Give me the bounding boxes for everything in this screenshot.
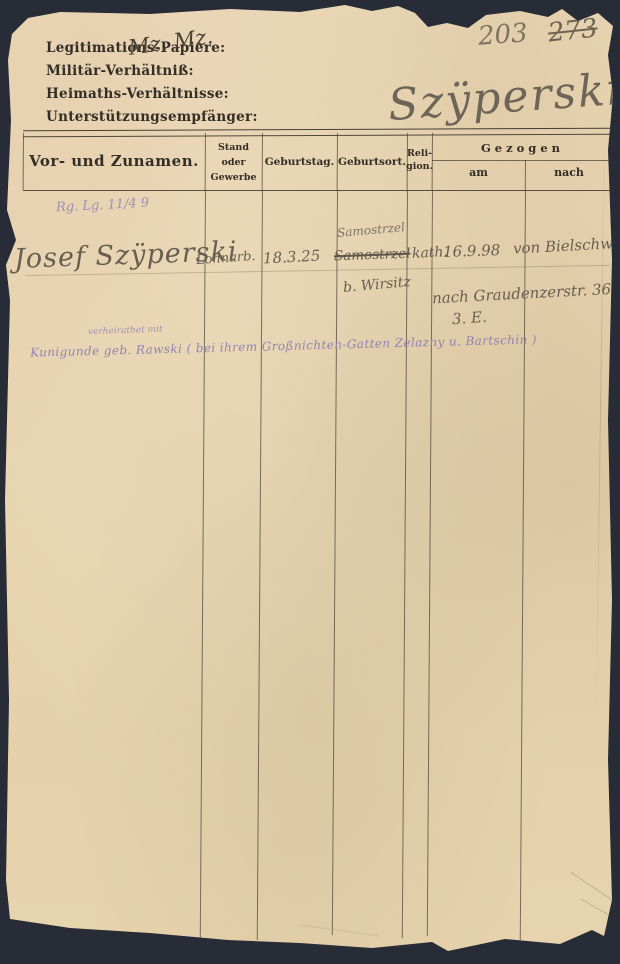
- entry-moved-date: 16.9.98: [443, 241, 501, 261]
- stand-line-1: Stand: [205, 140, 262, 155]
- column-header-name: Vor- und Zunamen.: [23, 152, 205, 170]
- field-label-heimaths-verhaeltnisse: Heimaths-Verhältnisse:: [46, 86, 229, 102]
- paper-fold-bottom-right-1: [571, 872, 620, 905]
- entry-moved-from: von Bielschw: [513, 234, 614, 257]
- stand-line-2: oder: [205, 155, 262, 170]
- entry-birth-district: b. Wirsitz: [342, 274, 411, 296]
- paper-fold-bottom-right-2: [581, 899, 620, 923]
- page-number: 203: [477, 18, 529, 51]
- entry-birth-place-correction: Samostrzel: [337, 220, 406, 240]
- column-rule-1: [200, 190, 206, 938]
- entry-occupation: Lohnarb.: [196, 249, 257, 268]
- scanned-document-page: Legitimations-Papiere: Militär-Verhältni…: [0, 0, 620, 964]
- registry-note-purple: Rg. Lg. 11/4 9: [56, 196, 150, 216]
- marriage-note-small: verheirathet mit: [88, 325, 163, 338]
- entry-birth-place-struck: Samostrzel: [334, 246, 411, 265]
- entry-moved-floor: 3. E.: [451, 308, 487, 328]
- column-header-nach: nach: [525, 166, 613, 179]
- entry-birth-date: 18.3.25: [263, 247, 321, 268]
- gezogen-sub-rule: [432, 160, 613, 161]
- entry-moved-to: nach Graudenzerstr. 36. —: [432, 279, 620, 308]
- column-rule-3: [332, 190, 338, 935]
- paper-crease-right: [596, 100, 606, 720]
- religion-line-1: Reli-: [405, 147, 434, 160]
- field-label-militaer-verhaeltniss: Militär-Verhältniß:: [46, 63, 194, 79]
- field-label-unterstuetzungsempfaenger: Unterstützungsempfänger:: [46, 109, 258, 125]
- table-top-double-rule: [23, 128, 613, 138]
- paper-sheet: Legitimations-Papiere: Militär-Verhältni…: [0, 0, 620, 964]
- column-header-geburtsort: Geburtsort.: [337, 156, 407, 168]
- surname-header-handwriting: Szÿperski: [387, 64, 620, 131]
- page-number-crossed-out: 273: [547, 13, 600, 48]
- paper-tear-bottom-center: [300, 924, 379, 936]
- religion-line-2: gion.: [405, 160, 434, 173]
- column-header-religion: Reli- gion.: [405, 147, 434, 173]
- column-header-gezogen: Gezogen: [432, 141, 613, 155]
- column-header-geburtstag: Geburtstag.: [262, 156, 337, 168]
- column-header-stand: Stand oder Gewerbe: [205, 140, 262, 185]
- column-rule-4: [402, 190, 408, 938]
- stand-line-3: Gewerbe: [205, 170, 262, 185]
- column-rule-2: [257, 190, 263, 940]
- column-header-am: am: [432, 166, 525, 179]
